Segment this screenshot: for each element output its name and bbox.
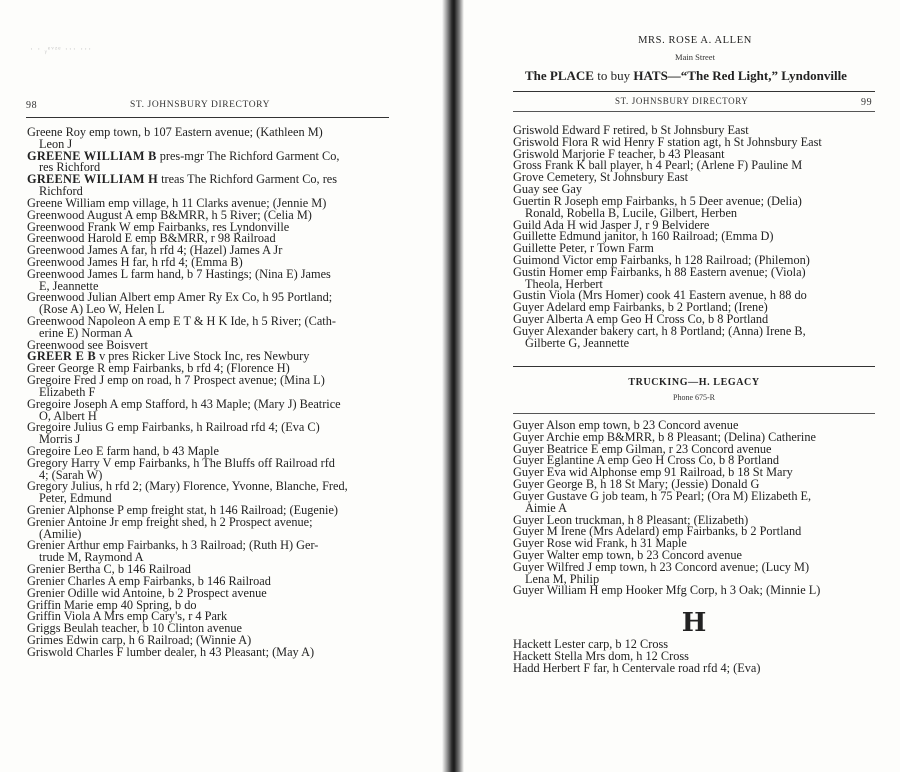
slogan-part: The PLACE xyxy=(525,68,594,83)
directory-entry: Grenier Antoine Jr emp freight shed, h 2… xyxy=(27,517,427,541)
ad-rule-top xyxy=(513,91,875,92)
top-ad-address: Main Street xyxy=(465,52,900,62)
directory-entry: Guyer William H emp Hooker Mfg Corp, h 3… xyxy=(513,585,900,597)
directory-entries-left: Greene Roy emp town, b 107 Eastern avenu… xyxy=(27,127,427,659)
directory-entry: GREENE WILLIAM H treas The Richford Garm… xyxy=(27,174,427,198)
bleed-through-text: · · ᵧᵉᵛᶻᵉ ··· ··· xyxy=(30,44,92,54)
book-spine xyxy=(442,0,464,772)
entry-details: emp freight shed, h 2 Prospect avenue; xyxy=(122,515,313,529)
directory-entry: Greenwood Julian Albert emp Amer Ry Ex C… xyxy=(27,292,427,316)
directory-entry: Guertin R Joseph emp Fairbanks, h 5 Deer… xyxy=(513,196,900,220)
directory-entry: Grenier Arthur emp Fairbanks, h 3 Railro… xyxy=(27,540,427,564)
entry-details: St Johnsbury East xyxy=(600,170,688,184)
running-head-right: ST. JOHNSBURY DIRECTORY xyxy=(615,96,748,106)
entry-details: pres-mgr The Richford Garment Co, xyxy=(160,149,340,163)
right-page: MRS. ROSE A. ALLEN Main Street The PLACE… xyxy=(465,0,900,772)
entry-continuation: Gilberte G, Jeannette xyxy=(513,338,900,350)
directory-entry: Gregory Harry V emp Fairbanks, h The Blu… xyxy=(27,458,427,482)
left-page: · · ᵧᵉᵛᶻᵉ ··· ··· 98 ST. JOHNSBURY DIREC… xyxy=(0,0,440,772)
entry-details: bakery cart, h 8 Portland; (Anna) Irene … xyxy=(600,324,805,338)
slogan-part: HATS—“The Red Light,” Lyndonville xyxy=(633,68,847,83)
entry-details: far, h Centervale road rfd 4; (Eva) xyxy=(593,661,760,675)
entry-name: Hadd Herbert F xyxy=(513,661,590,675)
top-ad-slogan: The PLACE to buy HATS—“The Red Light,” L… xyxy=(525,68,847,84)
slogan-part: to buy xyxy=(594,68,633,83)
header-rule-left xyxy=(26,117,389,118)
directory-entry: Hadd Herbert F far, h Centervale road rf… xyxy=(513,663,900,675)
directory-entry: Gregory Julius, h rfd 2; (Mary) Florence… xyxy=(27,481,427,505)
directory-entries-right-top: Griswold Edward F retired, b St Johnsbur… xyxy=(513,125,900,349)
entry-details: emp Amer Ry Ex Co, h 95 Portland; xyxy=(154,290,333,304)
trucking-ad-phone: Phone 675-R xyxy=(513,393,875,402)
directory-entry: GREENE WILLIAM B pres-mgr The Richford G… xyxy=(27,151,427,175)
directory-entry: Gregoire Joseph A emp Stafford, h 43 Map… xyxy=(27,399,427,423)
directory-entry: Griswold Charles F lumber dealer, h 43 P… xyxy=(27,647,427,659)
directory-entry: Greenwood Napoleon A emp E T & H K Ide, … xyxy=(27,316,427,340)
trucking-ad-rule-top xyxy=(513,366,875,367)
top-ad-name: MRS. ROSE A. ALLEN xyxy=(465,35,900,46)
entry-details: farm hand, b 7 Hastings; (Nina E) James xyxy=(131,267,331,281)
entry-details: emp Fairbanks, h 88 Eastern avenue; (Vio… xyxy=(586,265,806,279)
directory-entry: Guyer Wilfred J emp town, h 23 Concord a… xyxy=(513,562,900,586)
entry-details: lumber dealer, h 43 Pleasant; (May A) xyxy=(126,645,314,659)
entry-name: Griswold Charles F xyxy=(27,645,123,659)
trucking-ad-rule-bottom xyxy=(513,413,875,414)
entry-details: emp town, h 23 Concord avenue; (Lucy M) xyxy=(595,560,809,574)
entry-details: job team, h 75 Pearl; (Ora M) Elizabeth … xyxy=(602,489,811,503)
trucking-ad-title: TRUCKING—H. LEGACY xyxy=(513,377,875,388)
entry-name: Guyer William H xyxy=(513,583,598,597)
entry-details: emp E T & H K Ide, h 5 River; (Cath- xyxy=(149,314,336,328)
directory-entry: Gregoire Julius G emp Fairbanks, h Railr… xyxy=(27,422,427,446)
directory-entry: Guyer Alexander bakery cart, h 8 Portlan… xyxy=(513,326,900,350)
directory-entry: Gustin Homer emp Fairbanks, h 88 Eastern… xyxy=(513,267,900,291)
entry-details: emp Hooker Mfg Corp, h 3 Oak; (Minnie L) xyxy=(601,583,820,597)
entry-details: treas The Richford Garment Co, res xyxy=(161,172,337,186)
page-number-left: 98 xyxy=(26,100,37,111)
section-letter-heading: H xyxy=(513,608,875,638)
entry-details: h rfd 2; (Mary) Florence, Yvonne, Blanch… xyxy=(106,479,348,493)
directory-entry: Gregoire Fred J emp on road, h 7 Prospec… xyxy=(27,375,427,399)
directory-entries-right-bottom: Guyer Alson emp town, b 23 Concord avenu… xyxy=(513,420,900,597)
header-rule-right xyxy=(513,111,875,112)
directory-entry: Greenwood James L farm hand, b 7 Hasting… xyxy=(27,269,427,293)
entry-details: emp Fairbanks, h The Bluffs off Railroad… xyxy=(114,456,335,470)
directory-entry: Guyer Gustave G job team, h 75 Pearl; (O… xyxy=(513,491,900,515)
directory-entries-right-h: Hackett Lester carp, b 12 CrossHackett S… xyxy=(513,639,900,674)
directory-entry: Greene Roy emp town, b 107 Eastern avenu… xyxy=(27,127,427,151)
entry-details: emp Stafford, h 43 Maple; (Mary J) Beatr… xyxy=(121,397,341,411)
entry-details: emp on road, h 7 Prospect avenue; (Mina … xyxy=(107,373,325,387)
page-number-right: 99 xyxy=(861,97,872,108)
running-head-left: ST. JOHNSBURY DIRECTORY xyxy=(130,100,270,110)
entry-details: emp town, b 107 Eastern avenue; (Kathlee… xyxy=(89,125,323,139)
entry-details: emp Fairbanks, h Railroad rfd 4; (Eva C) xyxy=(118,420,320,434)
